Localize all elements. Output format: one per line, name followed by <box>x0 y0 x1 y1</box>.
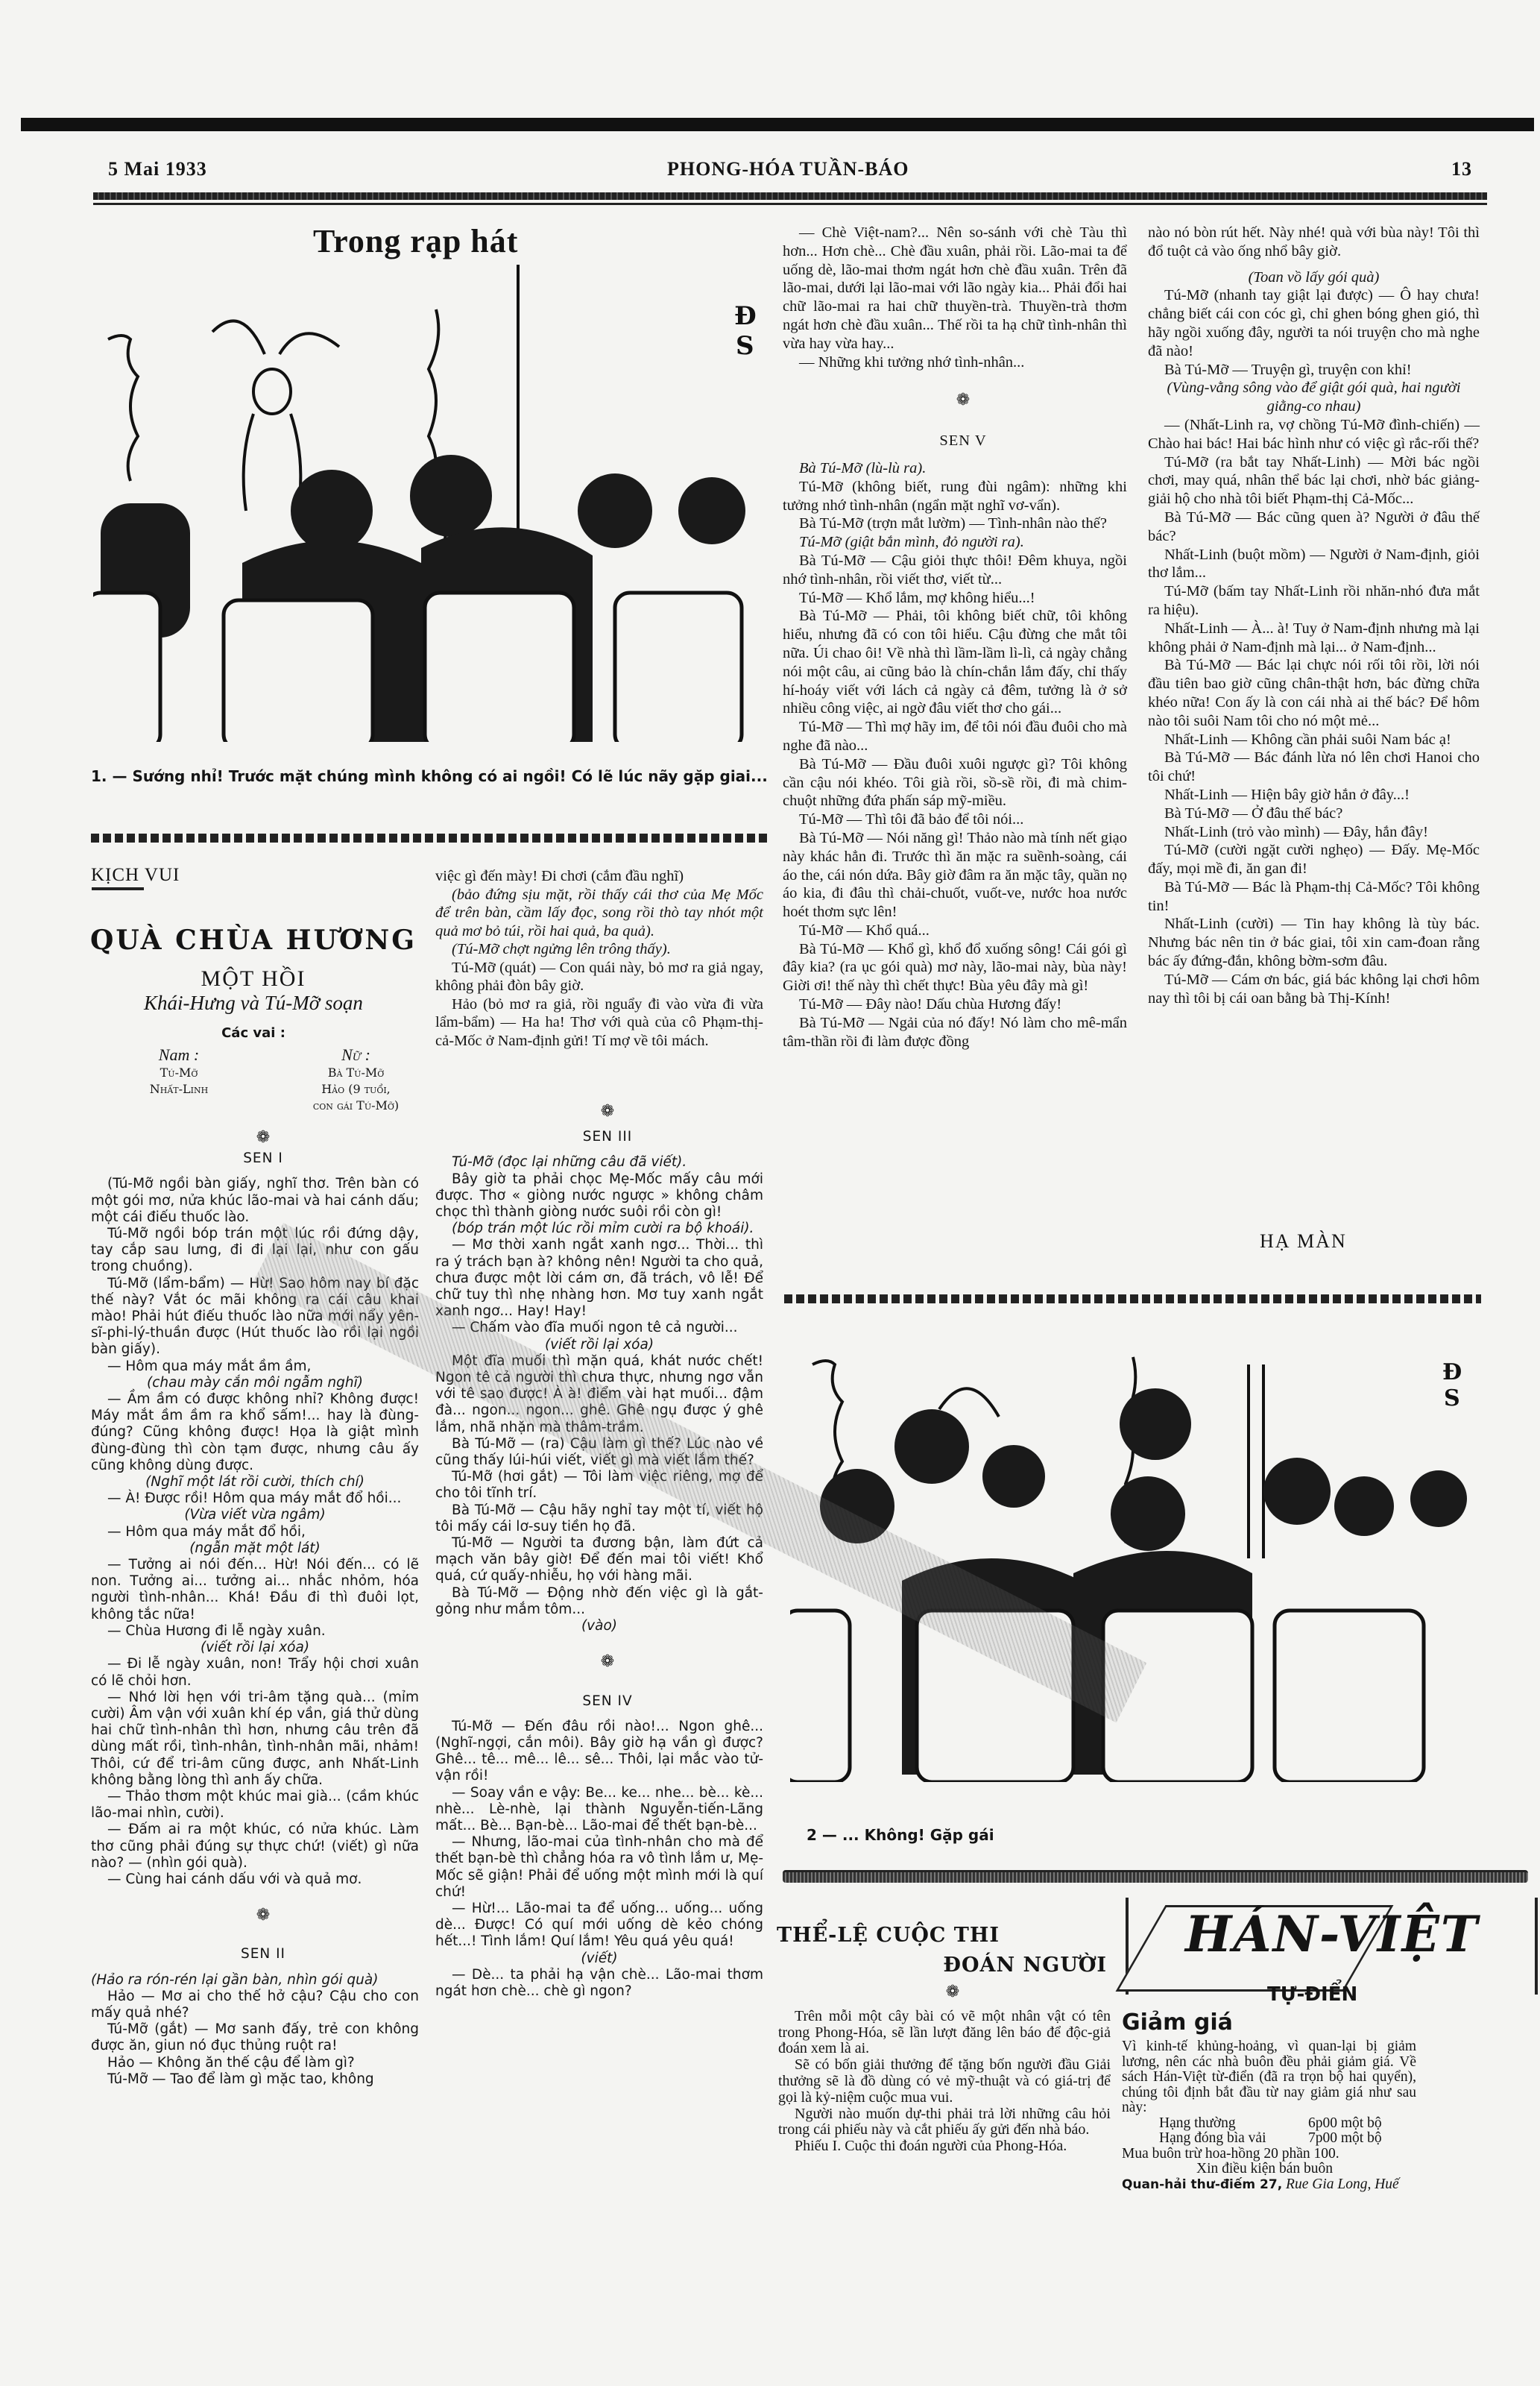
ad-body: Vì kinh-tế khủng-hoảng, vì quan-lại bị g… <box>1122 2039 1416 2192</box>
cast-male: Nam : Tú-Mỡ Nhất-Linh <box>119 1045 239 1098</box>
section-divider <box>784 1294 1481 1303</box>
issue-date: 5 Mai 1933 <box>108 158 207 180</box>
section-divider <box>91 834 769 843</box>
header-rule-thick <box>93 192 1487 200</box>
contest-title-line-1: THỂ-LỆ CUỘC THI <box>777 1924 1000 1947</box>
play-authors: Khái-Hưng và Tú-Mỡ soạn <box>89 992 417 1015</box>
svg-text:S: S <box>1444 1385 1460 1411</box>
play-title: QUÀ CHÙA HƯƠNG <box>89 925 417 956</box>
wavy-divider <box>783 1870 1528 1883</box>
svg-text:Đ: Đ <box>1442 1359 1462 1385</box>
play-column-2: việc gì đến mày! Đi chơi (cắm đầu nghĩ) … <box>435 867 763 1050</box>
play-column-4: nào nó bòn rút hết. Này nhé! quà với bùa… <box>1148 224 1480 1007</box>
play-act: MỘT HỒI <box>89 966 417 992</box>
scene-heading-2: SEN II <box>91 1946 419 1962</box>
play-column-1: ❁ SEN I (Tú-Mỡ ngồi bàn giấy, nghĩ thơ. … <box>91 1130 419 2088</box>
play-column-2-scenes: ❁ SEN III Tú-Mỡ (đọc lại những câu đã vi… <box>435 1104 763 2000</box>
cartoon-panel-2-illustration: Đ S <box>790 1335 1483 1782</box>
page-number: 13 <box>1451 158 1472 180</box>
scene-heading-3: SEN III <box>435 1129 763 1145</box>
section-label-underline <box>92 887 144 890</box>
newspaper-name: PHONG-HÓA TUẦN-BÁO <box>667 158 909 180</box>
page-header: 5 Mai 1933 PHONG-HÓA TUẦN-BÁO 13 <box>86 158 1487 188</box>
ad-logo-subtitle: TỰ-ĐIỂN <box>1267 1983 1357 2006</box>
contest-title-line-2: ĐOÁN NGƯỜI <box>857 1954 1107 1977</box>
scene-heading-1: SEN I <box>91 1150 419 1167</box>
play-end-signature: HẠ MÀN <box>1260 1230 1347 1253</box>
cartoon-title: Trong rạp hát <box>313 222 518 260</box>
ad-address: Quan-hải thư-điếm 27, <box>1122 2177 1282 2192</box>
svg-text:S: S <box>736 331 754 361</box>
artist-mark: Đ <box>734 301 757 331</box>
play-column-3: — Chè Việt-nam?... Nên so-sánh với chè T… <box>783 224 1127 1051</box>
cartoon-panel-1-caption: 1. — Sướng nhỉ! Trước mặt chúng mình khô… <box>91 761 769 792</box>
cartoon-panel-2-caption: 2 — ... Không! Gặp gái <box>807 1819 1254 1851</box>
cartoon-panel-1-illustration: Đ S <box>93 265 764 742</box>
scene-heading-4: SEN IV <box>435 1693 763 1710</box>
price-row: Hạng đóng bìa vải7p00 một bộ <box>1122 2131 1416 2147</box>
header-rule-thin <box>93 203 1487 205</box>
cast-female: Nữ : Bà Tú-Mỡ Hảo (9 tuổi, con gái Tú-Mỡ… <box>294 1045 417 1114</box>
price-row: Hạng thường6p00 một bộ <box>1122 2116 1416 2132</box>
contest-rules: ❁ Trên mỗi một cây bài có vẽ một nhân vậ… <box>778 2006 1111 2155</box>
section-label-kich-vui: KỊCH VUI <box>91 865 180 886</box>
top-border-bar <box>21 118 1534 131</box>
scene-heading-5: SEN V <box>783 432 1127 450</box>
cast-heading: Các vai : <box>89 1025 417 1041</box>
ad-logo-han-viet: HÁN-VIỆT <box>1185 1905 1479 1963</box>
ad-headline: Giảm giá <box>1122 2009 1233 2036</box>
